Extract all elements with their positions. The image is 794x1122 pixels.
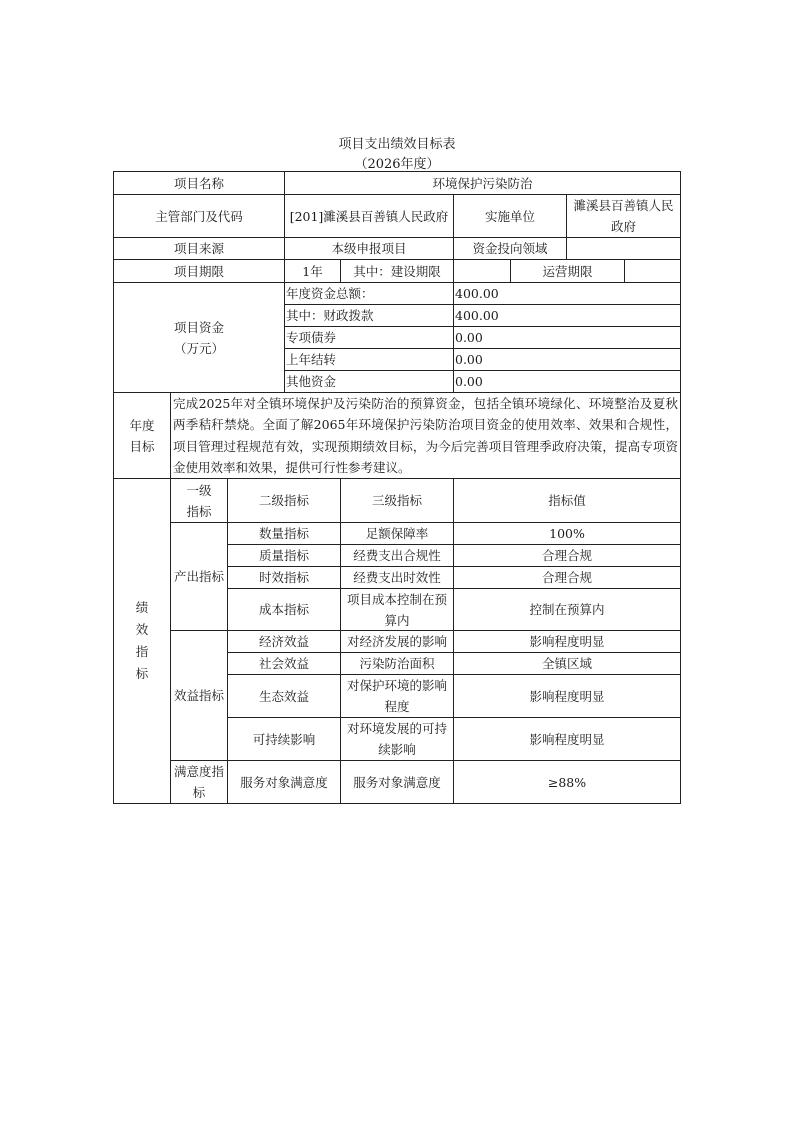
project-name-label: 项目名称 (113, 171, 285, 195)
funds-row-value: 0.00 (453, 370, 681, 393)
funds-row-value: 400.00 (453, 282, 681, 305)
indicator-value-cell: 控制在预算内 (453, 588, 681, 631)
annual-goal-label: 年度目标 (113, 392, 171, 479)
level3-cell: 经费支出合规性 (340, 544, 454, 567)
indicator-value-cell: 影响程度明显 (453, 674, 681, 718)
indicator-value-cell: 影响程度明显 (453, 717, 681, 761)
funds-row-label: 其他资金 (284, 370, 454, 393)
impl-unit-value: 濉溪县百善镇人民政府 (566, 194, 681, 238)
source-value: 本级申报项目 (284, 237, 454, 260)
header-value: 指标值 (453, 478, 681, 523)
level3-cell: 对环境发展的可持续影响 (340, 717, 454, 761)
operation-period-value (624, 259, 681, 283)
level2-cell: 社会效益 (227, 652, 341, 675)
document-title: 项目支出绩效目标表 (0, 133, 794, 152)
level3-cell: 服务对象满意度 (340, 760, 454, 804)
level3-cell: 对保护环境的影响程度 (340, 674, 454, 718)
indicator-value-cell: ≥88% (453, 760, 681, 804)
document-year: （2026年度） (0, 153, 794, 172)
indicator-value-cell: 影响程度明显 (453, 630, 681, 653)
funding-area-label: 资金投向领域 (453, 237, 567, 260)
funds-label-text: 项目资金 (174, 317, 224, 338)
construction-period-label: 其中：建设期限 (340, 259, 454, 283)
level2-cell: 成本指标 (227, 588, 341, 631)
funds-row-value: 400.00 (453, 304, 681, 327)
funding-area-value (566, 237, 681, 260)
period-label: 项目期限 (113, 259, 285, 283)
level3-cell: 经费支出时效性 (340, 566, 454, 589)
annual-goal-text: 完成2025年对全镇环境保护及污染防治的预算资金，包括全镇环境绿化、环境整治及夏… (170, 392, 681, 479)
dept-value: [201]濉溪县百善镇人民政府 (284, 194, 454, 238)
level1-output: 产出指标 (170, 522, 228, 631)
level3-cell: 污染防治面积 (340, 652, 454, 675)
impl-unit-text: 濉溪县百善镇人民政府 (568, 195, 679, 237)
funds-unit-text: （万元） (174, 338, 224, 359)
level2-cell: 数量指标 (227, 522, 341, 545)
funds-row-value: 0.00 (453, 326, 681, 349)
funds-row-value: 0.00 (453, 348, 681, 371)
indicator-value-cell: 合理合规 (453, 544, 681, 567)
level3-cell: 对经济发展的影响 (340, 630, 454, 653)
impl-unit-label: 实施单位 (453, 194, 567, 238)
funds-row-label: 其中：财政拨款 (284, 304, 454, 327)
indicator-value-cell: 100% (453, 522, 681, 545)
level3-cell: 足额保障率 (340, 522, 454, 545)
source-label: 项目来源 (113, 237, 285, 260)
indicator-value-cell: 合理合规 (453, 566, 681, 589)
level1-benefit: 效益指标 (170, 630, 228, 761)
level3-cell: 项目成本控制在预算内 (340, 588, 454, 631)
level2-cell: 可持续影响 (227, 717, 341, 761)
construction-period-value (453, 259, 511, 283)
operation-period-label: 运营期限 (510, 259, 625, 283)
funds-row-label: 上年结转 (284, 348, 454, 371)
dept-label: 主管部门及代码 (113, 194, 285, 238)
level2-cell: 生态效益 (227, 674, 341, 718)
funds-row-label: 年度资金总额： (284, 282, 454, 305)
indicator-value-cell: 全镇区域 (453, 652, 681, 675)
period-value: 1年 (284, 259, 341, 283)
indicators-section-label: 绩效指标 (113, 478, 171, 804)
level2-cell: 经济效益 (227, 630, 341, 653)
level2-cell: 服务对象满意度 (227, 760, 341, 804)
header-level3: 三级指标 (340, 478, 454, 523)
header-level1: 一级指标 (170, 478, 228, 523)
level1-satisfaction: 满意度指标 (170, 760, 228, 804)
project-name-value: 环境保护污染防治 (284, 171, 681, 195)
level2-cell: 质量指标 (227, 544, 341, 567)
header-level2: 二级指标 (227, 478, 341, 523)
level2-cell: 时效指标 (227, 566, 341, 589)
funds-label: 项目资金 （万元） (113, 282, 285, 393)
funds-row-label: 专项债券 (284, 326, 454, 349)
